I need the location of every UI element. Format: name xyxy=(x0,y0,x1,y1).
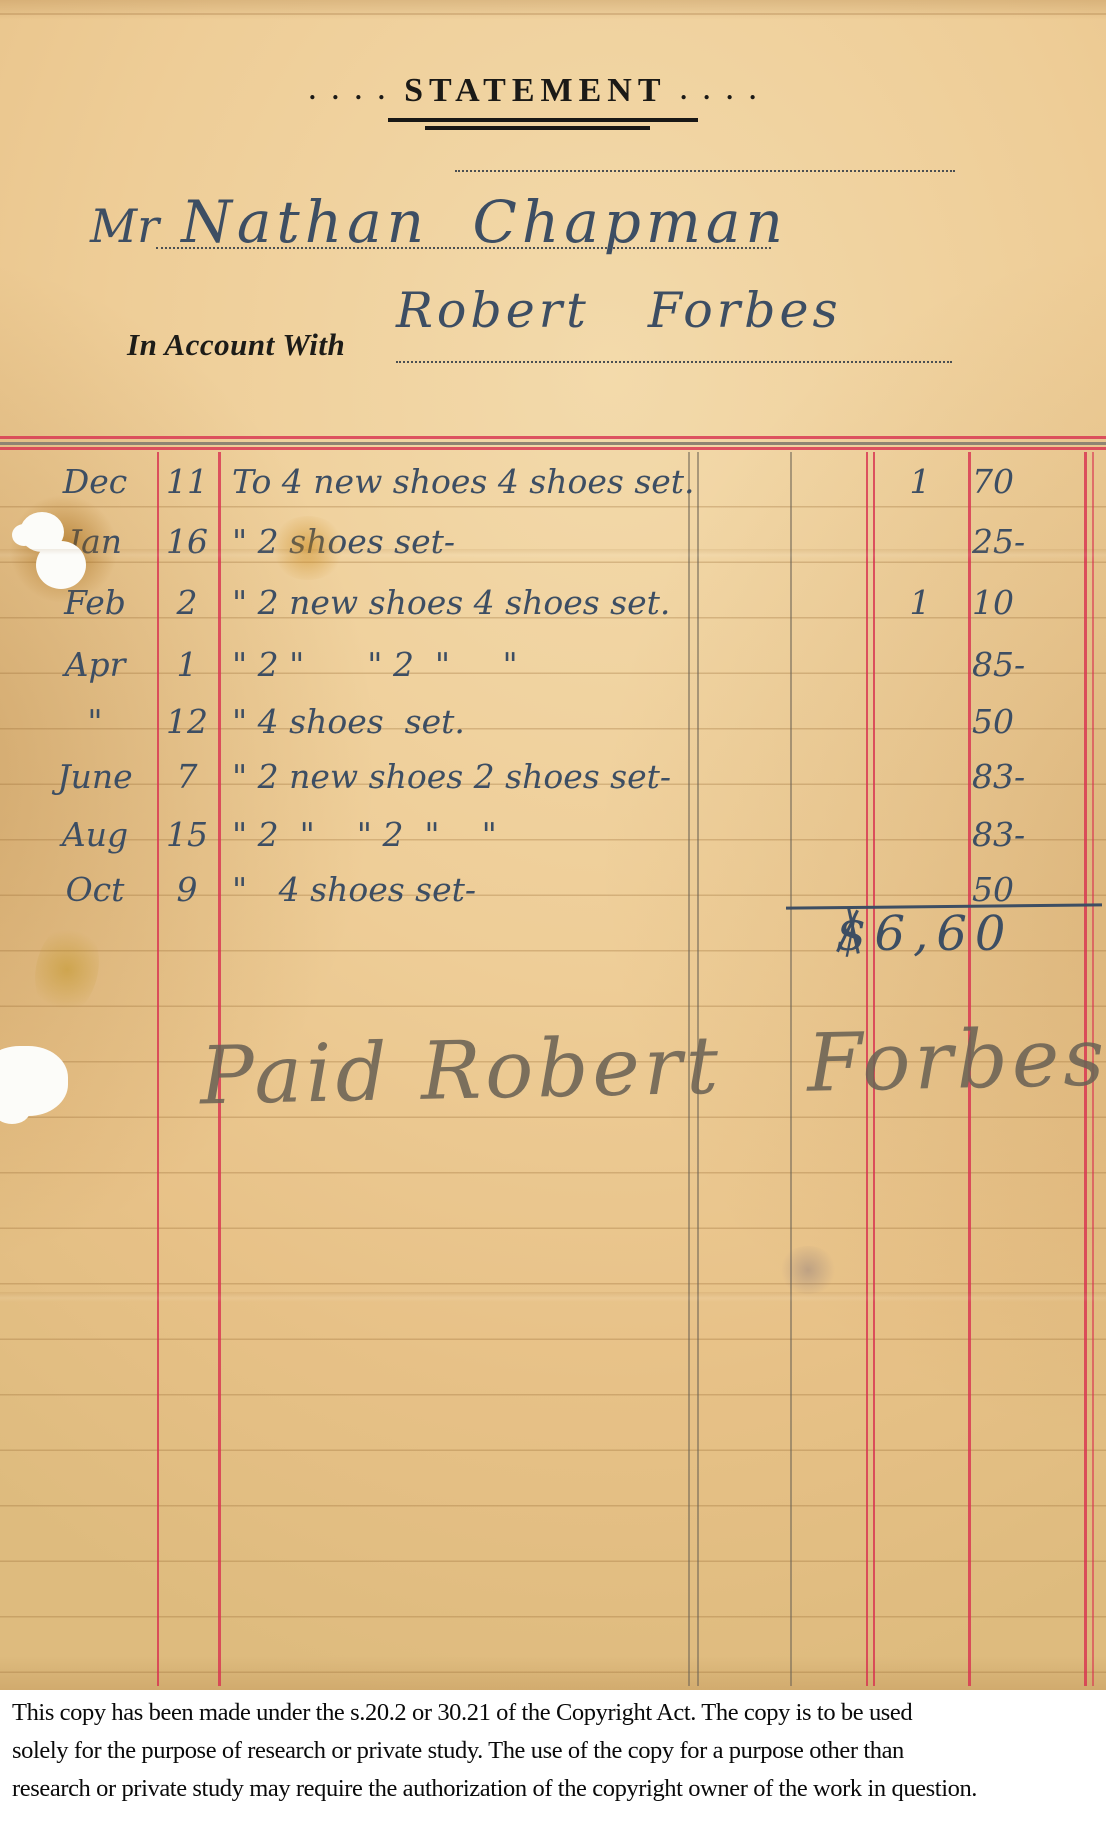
dollars-cell: 1 xyxy=(876,583,964,622)
tear-hole-left xyxy=(12,524,36,546)
title-dots-left: . . . . xyxy=(309,76,390,105)
account-first-name: Robert xyxy=(396,282,590,339)
description-cell: " 2 new shoes 2 shoes set- xyxy=(232,757,872,796)
title-dots-right: . . . . xyxy=(680,76,761,105)
customer-name-line: MrNathan Chapman xyxy=(90,188,788,256)
column-rule-date xyxy=(157,452,159,1686)
ledger-row: Dec11To 4 new shoes 4 shoes set.170 xyxy=(0,462,1106,512)
month-cell: June xyxy=(36,757,154,796)
copyright-notice: This copy has been made under the s.20.2… xyxy=(12,1694,1104,1808)
title-text: STATEMENT xyxy=(404,72,666,109)
month-cell: Oct xyxy=(36,870,154,909)
paid-word: Paid xyxy=(199,1026,392,1123)
customer-prefix: Mr xyxy=(90,199,159,253)
title-underline-2 xyxy=(425,126,650,130)
faint-rule-top xyxy=(0,13,1106,15)
description-cell: " 2 " " 2 " " xyxy=(232,645,872,684)
cents-cell: 83- xyxy=(972,757,1098,796)
cents-cell: 10 xyxy=(972,583,1098,622)
day-cell: 9 xyxy=(152,870,222,909)
scanned-statement-page: . . . . STATEMENT . . . . MrNathan Chapm… xyxy=(0,0,1106,1825)
ledger-top-rule-gray xyxy=(0,442,1106,445)
dollars-cell: 1 xyxy=(876,462,964,501)
ledger-top-rule-red-1 xyxy=(0,436,1106,439)
paid-signer-last: Forbes xyxy=(806,1010,1106,1109)
cents-cell: 85- xyxy=(972,645,1098,684)
dotted-rule-account xyxy=(396,361,952,363)
paid-signer-first: Robert xyxy=(420,1019,723,1118)
customer-name: Nathan Chapman xyxy=(181,188,788,256)
ledger-row: Apr1" 2 " " 2 " "85- xyxy=(0,645,1106,695)
ledger-row: Feb2" 2 new shoes 4 shoes set.110 xyxy=(0,583,1106,633)
month-cell: Aug xyxy=(36,815,154,854)
description-cell: " 4 shoes set. xyxy=(232,702,872,741)
account-last-name: Forbes xyxy=(648,282,842,339)
cents-cell: 83- xyxy=(972,815,1098,854)
copyright-line: This copy has been made under the s.20.2… xyxy=(12,1694,1104,1732)
dotted-rule-top xyxy=(455,170,955,172)
day-cell: 11 xyxy=(152,462,222,501)
description-cell: " 4 shoes set- xyxy=(232,870,872,909)
day-cell: 15 xyxy=(152,815,222,854)
day-cell: 1 xyxy=(152,645,222,684)
stain-orange xyxy=(270,516,346,580)
currency-symbol: $ xyxy=(836,906,875,962)
paid-annotation: PaidRobertForbes xyxy=(199,1010,1106,1122)
total-amount: $6,60 xyxy=(836,906,1013,962)
ledger-top-rule-red-2 xyxy=(0,447,1106,450)
fold-crease xyxy=(0,549,1106,559)
description-cell: " 2 " " 2 " " xyxy=(232,815,872,854)
copyright-line: research or private study may require th… xyxy=(12,1770,1104,1808)
fold-crease xyxy=(0,1292,1106,1302)
cents-cell: 70 xyxy=(972,462,1098,501)
ledger-row: June7" 2 new shoes 2 shoes set-83- xyxy=(0,757,1106,807)
account-label: In Account With xyxy=(127,327,345,363)
month-cell: Apr xyxy=(36,645,154,684)
pencil-smudge xyxy=(778,1246,838,1294)
ledger-row: Aug15" 2 " " 2 " "83- xyxy=(0,815,1106,865)
ledger-row: Jan16" 2 shoes set-25- xyxy=(0,522,1106,572)
day-cell: 12 xyxy=(152,702,222,741)
cents-cell: 50 xyxy=(972,702,1098,741)
ledger-row: "12" 4 shoes set.50 xyxy=(0,702,1106,752)
day-cell: 2 xyxy=(152,583,222,622)
month-cell: " xyxy=(36,702,154,741)
description-cell: " 2 new shoes 4 shoes set. xyxy=(232,583,872,622)
copyright-line: solely for the purpose of research or pr… xyxy=(12,1732,1104,1770)
description-cell: To 4 new shoes 4 shoes set. xyxy=(232,462,872,501)
account-holder-name: RobertForbes xyxy=(396,282,842,339)
page-title: . . . . STATEMENT . . . . xyxy=(300,72,770,110)
total-value: 6,60 xyxy=(875,906,1014,962)
paper-sheet: . . . . STATEMENT . . . . MrNathan Chapm… xyxy=(0,0,1106,1690)
day-cell: 7 xyxy=(152,757,222,796)
title-underline-1 xyxy=(388,118,698,122)
